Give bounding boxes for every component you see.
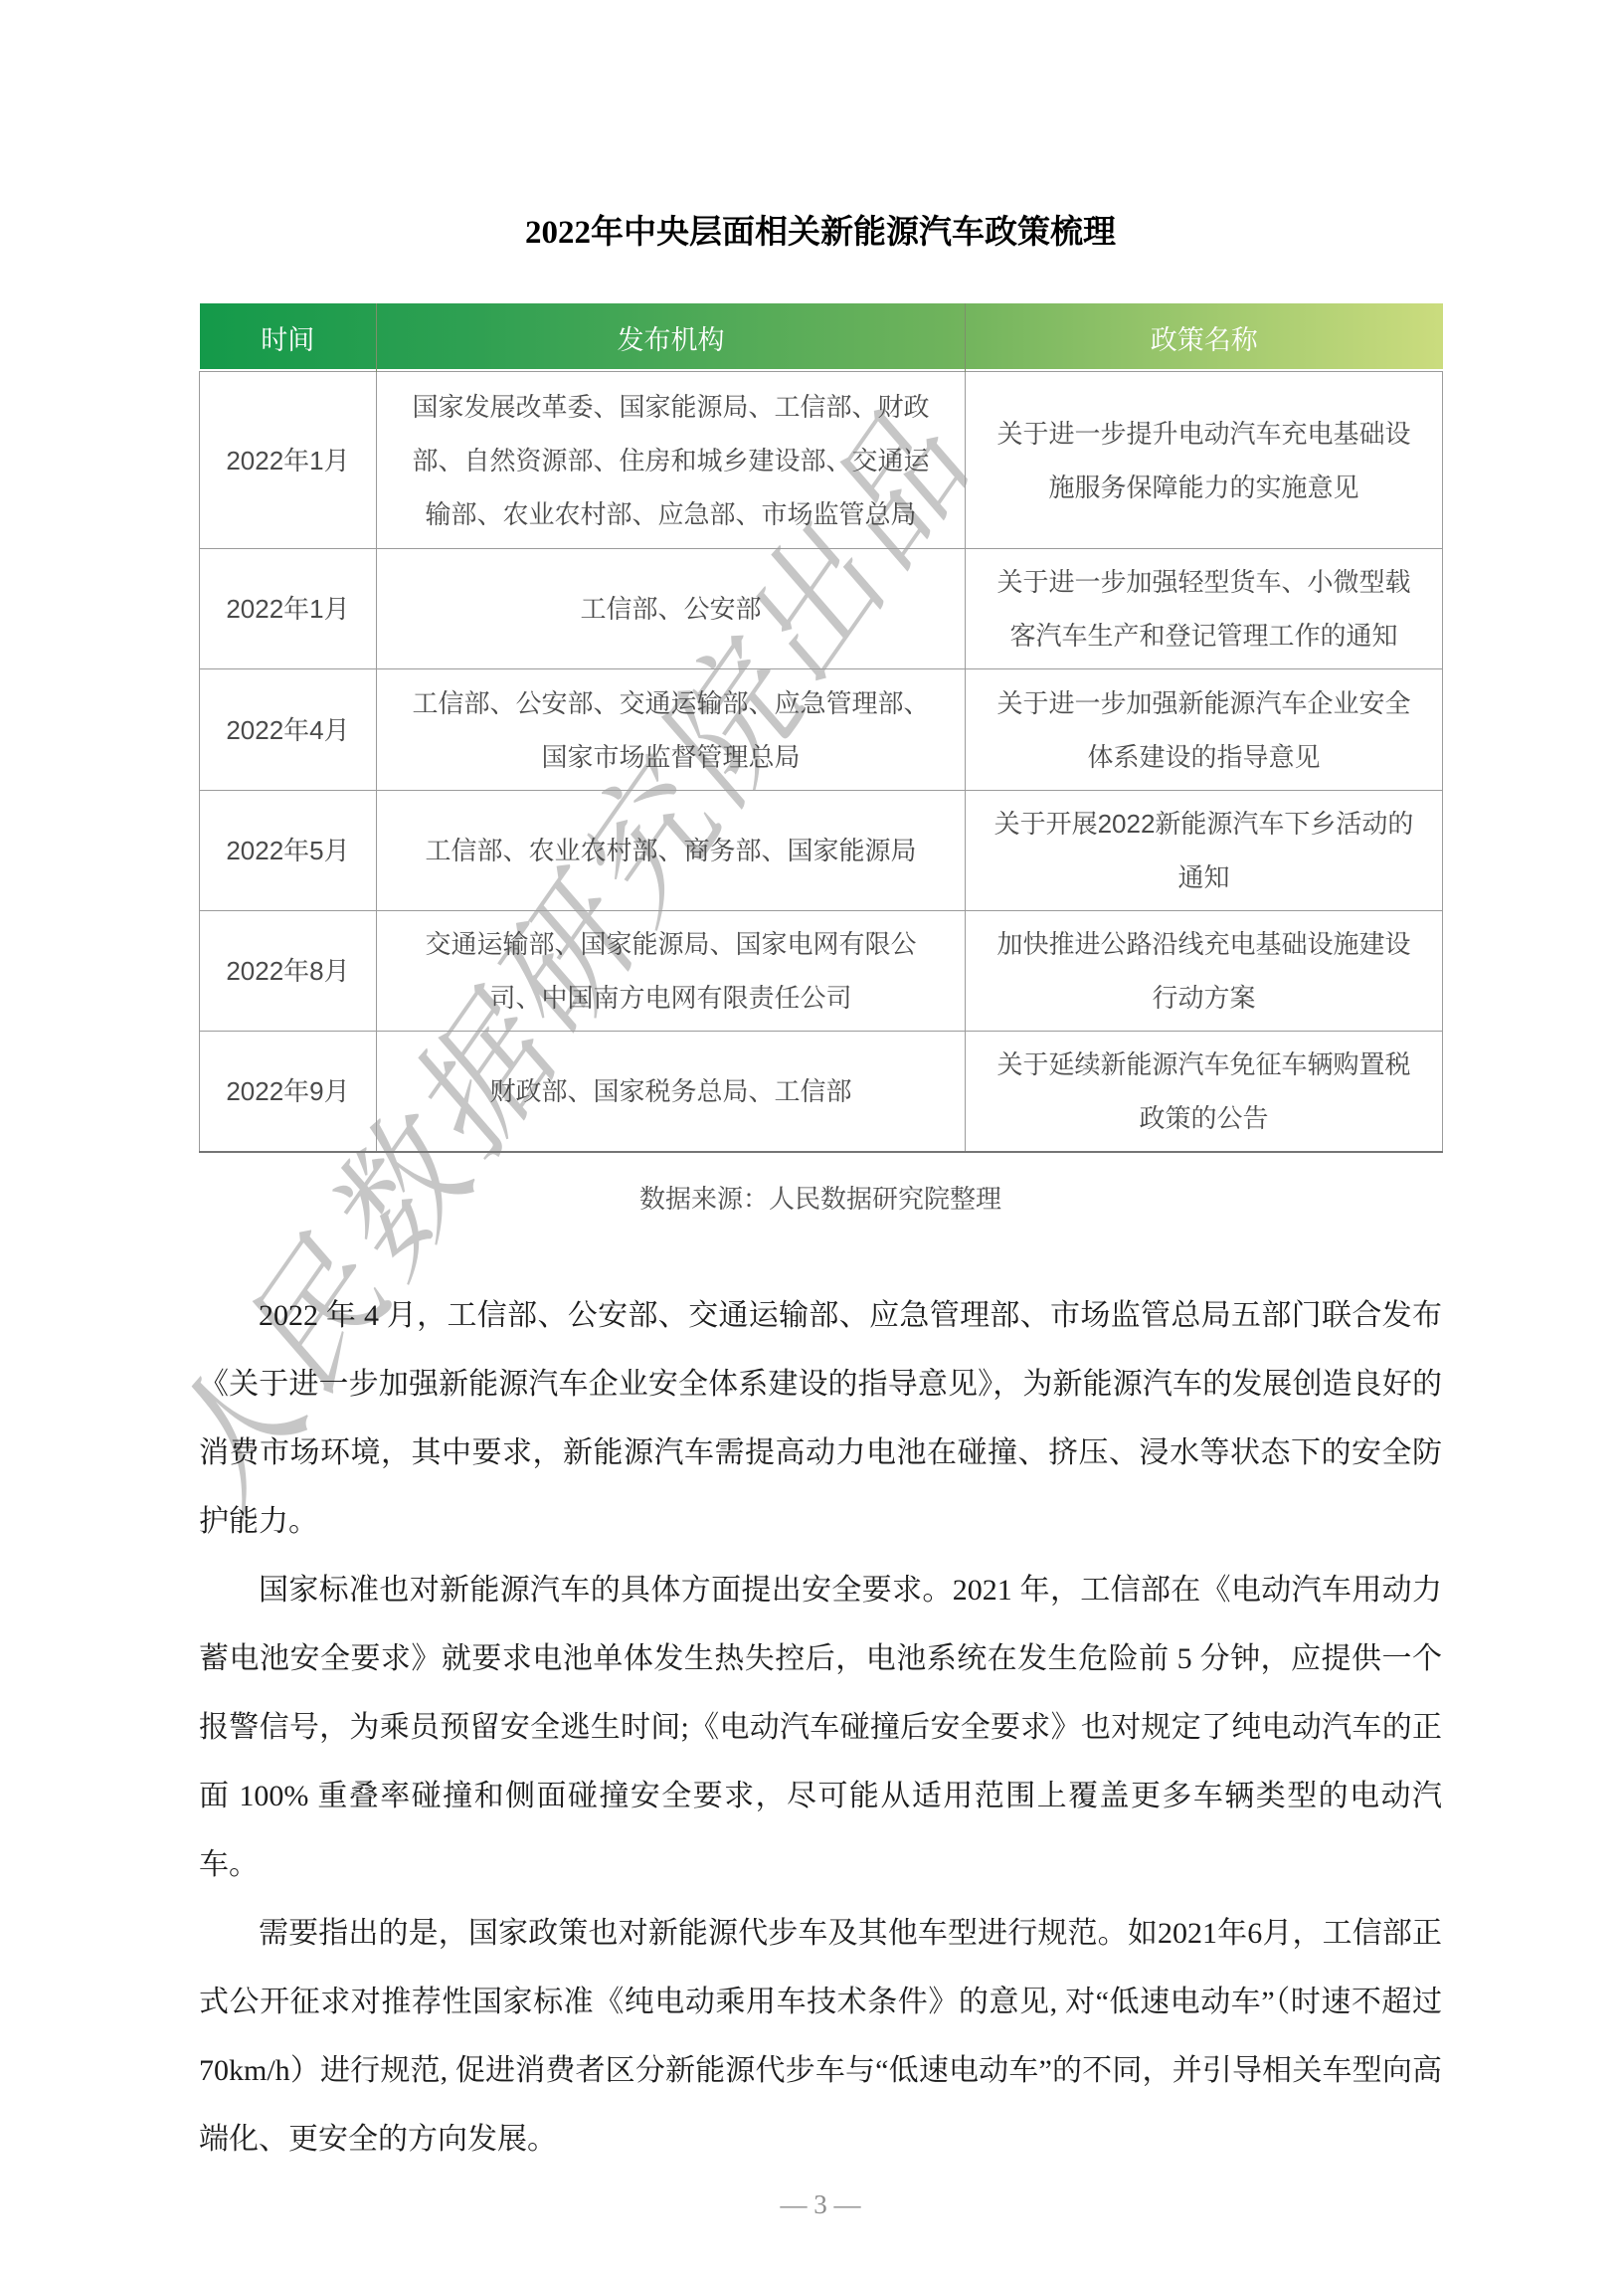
cell-agency: 工信部、农业农村部、商务部、国家能源局 [377,791,966,911]
cell-time: 2022年1月 [200,372,377,549]
cell-policy: 关于进一步加强新能源汽车企业安全体系建设的指导意见 [966,669,1443,791]
cell-policy: 关于延续新能源汽车免征车辆购置税政策的公告 [966,1032,1443,1153]
table-header-row: 时间 发布机构 政策名称 [200,303,1443,372]
table-row: 2022年5月 工信部、农业农村部、商务部、国家能源局 关于开展2022新能源汽… [200,791,1443,911]
page-number: — 3 — [199,2189,1442,2220]
col-header-policy: 政策名称 [966,303,1443,372]
paragraph-1: 2022 年 4 月，工信部、公安部、交通运输部、应急管理部、市场监管总局五部门… [199,1281,1442,1556]
paragraph-2: 国家标准也对新能源汽车的具体方面提出安全要求。2021 年，工信部在《电动汽车用… [199,1556,1442,1899]
col-header-time: 时间 [200,303,377,372]
cell-agency: 财政部、国家税务总局、工信部 [377,1032,966,1153]
cell-time: 2022年1月 [200,549,377,669]
table-row: 2022年8月 交通运输部、国家能源局、国家电网有限公司、中国南方电网有限责任公… [200,911,1443,1032]
cell-time: 2022年8月 [200,911,377,1032]
cell-agency: 工信部、公安部 [377,549,966,669]
source-note: 数据来源：人民数据研究院整理 [199,1179,1442,1216]
cell-policy: 关于进一步加强轻型货车、小微型载客汽车生产和登记管理工作的通知 [966,549,1443,669]
cell-time: 2022年5月 [200,791,377,911]
page-title: 2022年中央层面相关新能源汽车政策梳理 [199,0,1442,254]
content-column: 2022年中央层面相关新能源汽车政策梳理 时间 发布机构 政策名称 2022年1… [0,0,1624,2220]
document-page: 人民数据研究院出品 2022年中央层面相关新能源汽车政策梳理 时间 发布机构 政… [0,0,1624,2278]
table-row: 2022年1月 工信部、公安部 关于进一步加强轻型货车、小微型载客汽车生产和登记… [200,549,1443,669]
body-text: 2022 年 4 月，工信部、公安部、交通运输部、应急管理部、市场监管总局五部门… [199,1281,1442,2174]
cell-agency: 国家发展改革委、国家能源局、工信部、财政部、自然资源部、住房和城乡建设部、交通运… [377,372,966,549]
cell-agency: 工信部、公安部、交通运输部、应急管理部、国家市场监督管理总局 [377,669,966,791]
table-row: 2022年4月 工信部、公安部、交通运输部、应急管理部、国家市场监督管理总局 关… [200,669,1443,791]
cell-policy: 关于进一步提升电动汽车充电基础设施服务保障能力的实施意见 [966,372,1443,549]
cell-time: 2022年4月 [200,669,377,791]
col-header-agency: 发布机构 [377,303,966,372]
table-row: 2022年1月 国家发展改革委、国家能源局、工信部、财政部、自然资源部、住房和城… [200,372,1443,549]
paragraph-3: 需要指出的是，国家政策也对新能源代步车及其他车型进行规范。如2021年6月，工信… [199,1899,1442,2174]
policy-table: 时间 发布机构 政策名称 2022年1月 国家发展改革委、国家能源局、工信部、财… [199,303,1443,1153]
cell-policy: 关于开展2022新能源汽车下乡活动的通知 [966,791,1443,911]
table-row: 2022年9月 财政部、国家税务总局、工信部 关于延续新能源汽车免征车辆购置税政… [200,1032,1443,1153]
cell-policy: 加快推进公路沿线充电基础设施建设行动方案 [966,911,1443,1032]
cell-agency: 交通运输部、国家能源局、国家电网有限公司、中国南方电网有限责任公司 [377,911,966,1032]
cell-time: 2022年9月 [200,1032,377,1153]
